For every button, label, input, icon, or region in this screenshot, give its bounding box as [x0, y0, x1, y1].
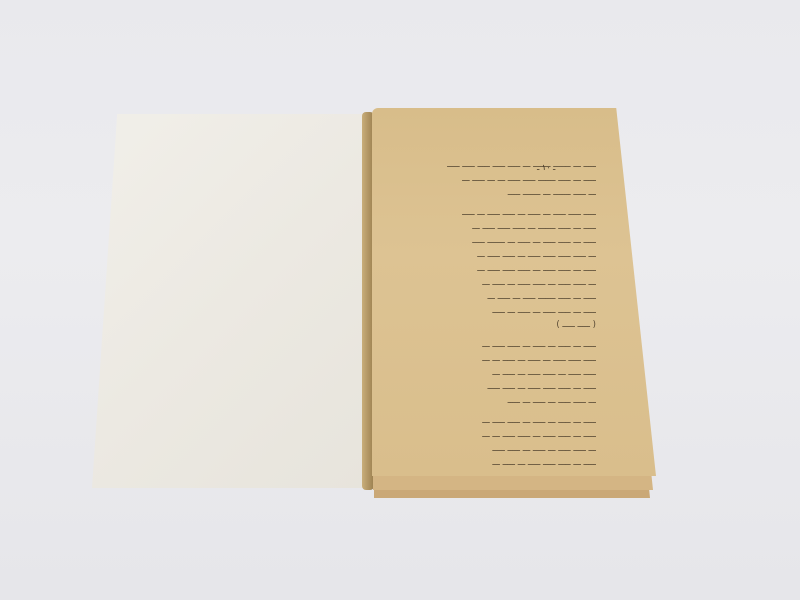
text-line: ـــ ـــــ ـــــ ـــــ ـــــ ـــ ـــــ ــ… — [386, 248, 596, 262]
blank-cover-page — [92, 114, 372, 488]
text-line: ـــــ ـــ ـــــ ـــــ ـــــ ـــ ـــــ ــ… — [386, 456, 596, 470]
text-line: ـــ ـــــ ـــــ ـــ ـــــ ـــ ـــــ — [386, 394, 596, 408]
text-line: ـــ ـــــ ـــــــ ـــ ـــــــ ـــــ — [386, 186, 596, 200]
text-line: ـــ ـــــ ـــــ ـــ ـــــ ـــــ ـــ ــــ… — [386, 276, 596, 290]
text-line: ـــــ ـــ ـــــ ـــــ ـــــ ـــ ـــــ ــ… — [386, 380, 596, 394]
text-line: ـــــ ـــ ـــــ ـــ ـــــ ـــ ـــــ ــــ… — [386, 338, 596, 352]
text-line: ـــــ ـــ ـــــ ـــــــ ـــــ ـــــ ـــ … — [386, 172, 596, 186]
text-line: ـــــ ـــ ـــــ ـــــ ـــ ـــــ ـــــ ــ… — [386, 262, 596, 276]
body-text: ـــــ ـــ ـــــــ ـــــــ ـــ ـــــ ــــ… — [386, 158, 596, 490]
text-line: ـــــ ـــ ـــــ ـــــ ـــ ـــــ ـــ ــــ… — [386, 234, 596, 248]
text-line: ـــــ ـــ ـــــ ـــــــ ـــــ ـــ ـــــ … — [386, 290, 596, 304]
photo-scene: ـ ١٠ ـ ـــــ ـــ ـــــــ ـــــــ ـــ ـــ… — [0, 0, 800, 600]
text-line: ـــــ ـــ ـــــ ـــــ ـــ ـــــ ـــ ــــ… — [386, 304, 596, 318]
text-line: ـــــ ـــ ـــــ ـــــــ ـــ ـــــ ـــــ … — [386, 220, 596, 234]
text-line: ـــــ ـــ ـــــــ ـــــــ ـــ ـــــ ــــ… — [386, 158, 596, 172]
text-line: ـــــ ـــ ـــــ ـــــ ـــ ـــــ ـــــ ــ… — [386, 428, 596, 442]
text-line: ـــــ ـــ ـــــ ـــ ـــــ ـــ ـــــ ــــ… — [386, 414, 596, 428]
text-line: ـــــ ـــــ ـــ ـــــ ـــــ ـــ ـــــ ــ… — [386, 366, 596, 380]
printed-page: ـ ١٠ ـ ـــــ ـــ ـــــــ ـــــــ ـــ ـــ… — [372, 108, 656, 476]
text-line: ـــــ ـــــ ـــــ ـــ ـــــ ـــ ـــــ ــ… — [386, 206, 596, 220]
text-line: ـــــ ـــــ ـــــ ـــ ـــــ ـــ ـــــ ــ… — [386, 352, 596, 366]
text-line: ـــ ـــــ ـــــ ـــ ـــــ ـــ ـــــ ــــ… — [386, 442, 596, 456]
text-line: ( ـــــ ـــــ ) — [386, 318, 596, 332]
